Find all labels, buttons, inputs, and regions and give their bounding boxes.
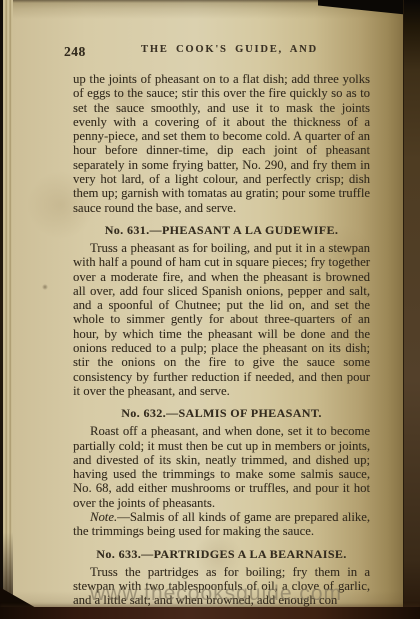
text-column: 248 THE COOK'S GUIDE, AND up the joints … (73, 44, 370, 608)
body-paragraph: up the joints of pheasant on to a flat d… (73, 72, 370, 215)
running-title: THE COOK'S GUIDE, AND (73, 44, 370, 55)
body-paragraph: Truss a pheasant as for boiling, and put… (73, 241, 370, 398)
watermark: www.thecooksguide.com (90, 582, 342, 606)
recipe-heading: No. 632.—SALMIS OF PHEASANT. (73, 406, 370, 420)
note-label: Note. (90, 510, 117, 524)
recipe-heading: No. 633.—PARTRIDGES A LA BEARNAISE. (73, 547, 370, 561)
right-page-edge (403, 0, 420, 619)
recipe-heading: No. 631.—PHEASANT A LA GUDEWIFE. (73, 223, 370, 237)
note-paragraph: Note.—Salmis of all kinds of game are pr… (73, 510, 370, 539)
recipe-text-blocks: up the joints of pheasant on to a flat d… (73, 72, 370, 608)
page-header: 248 THE COOK'S GUIDE, AND (73, 44, 370, 59)
book-page-surface: 248 THE COOK'S GUIDE, AND up the joints … (13, 0, 420, 619)
page-number: 248 (64, 44, 86, 60)
bottom-book-edge (0, 607, 420, 619)
scanned-book-page: 248 THE COOK'S GUIDE, AND up the joints … (0, 0, 420, 619)
page-stack-edge (3, 0, 13, 619)
body-paragraph: Roast off a pheasant, and when done, set… (73, 424, 370, 510)
